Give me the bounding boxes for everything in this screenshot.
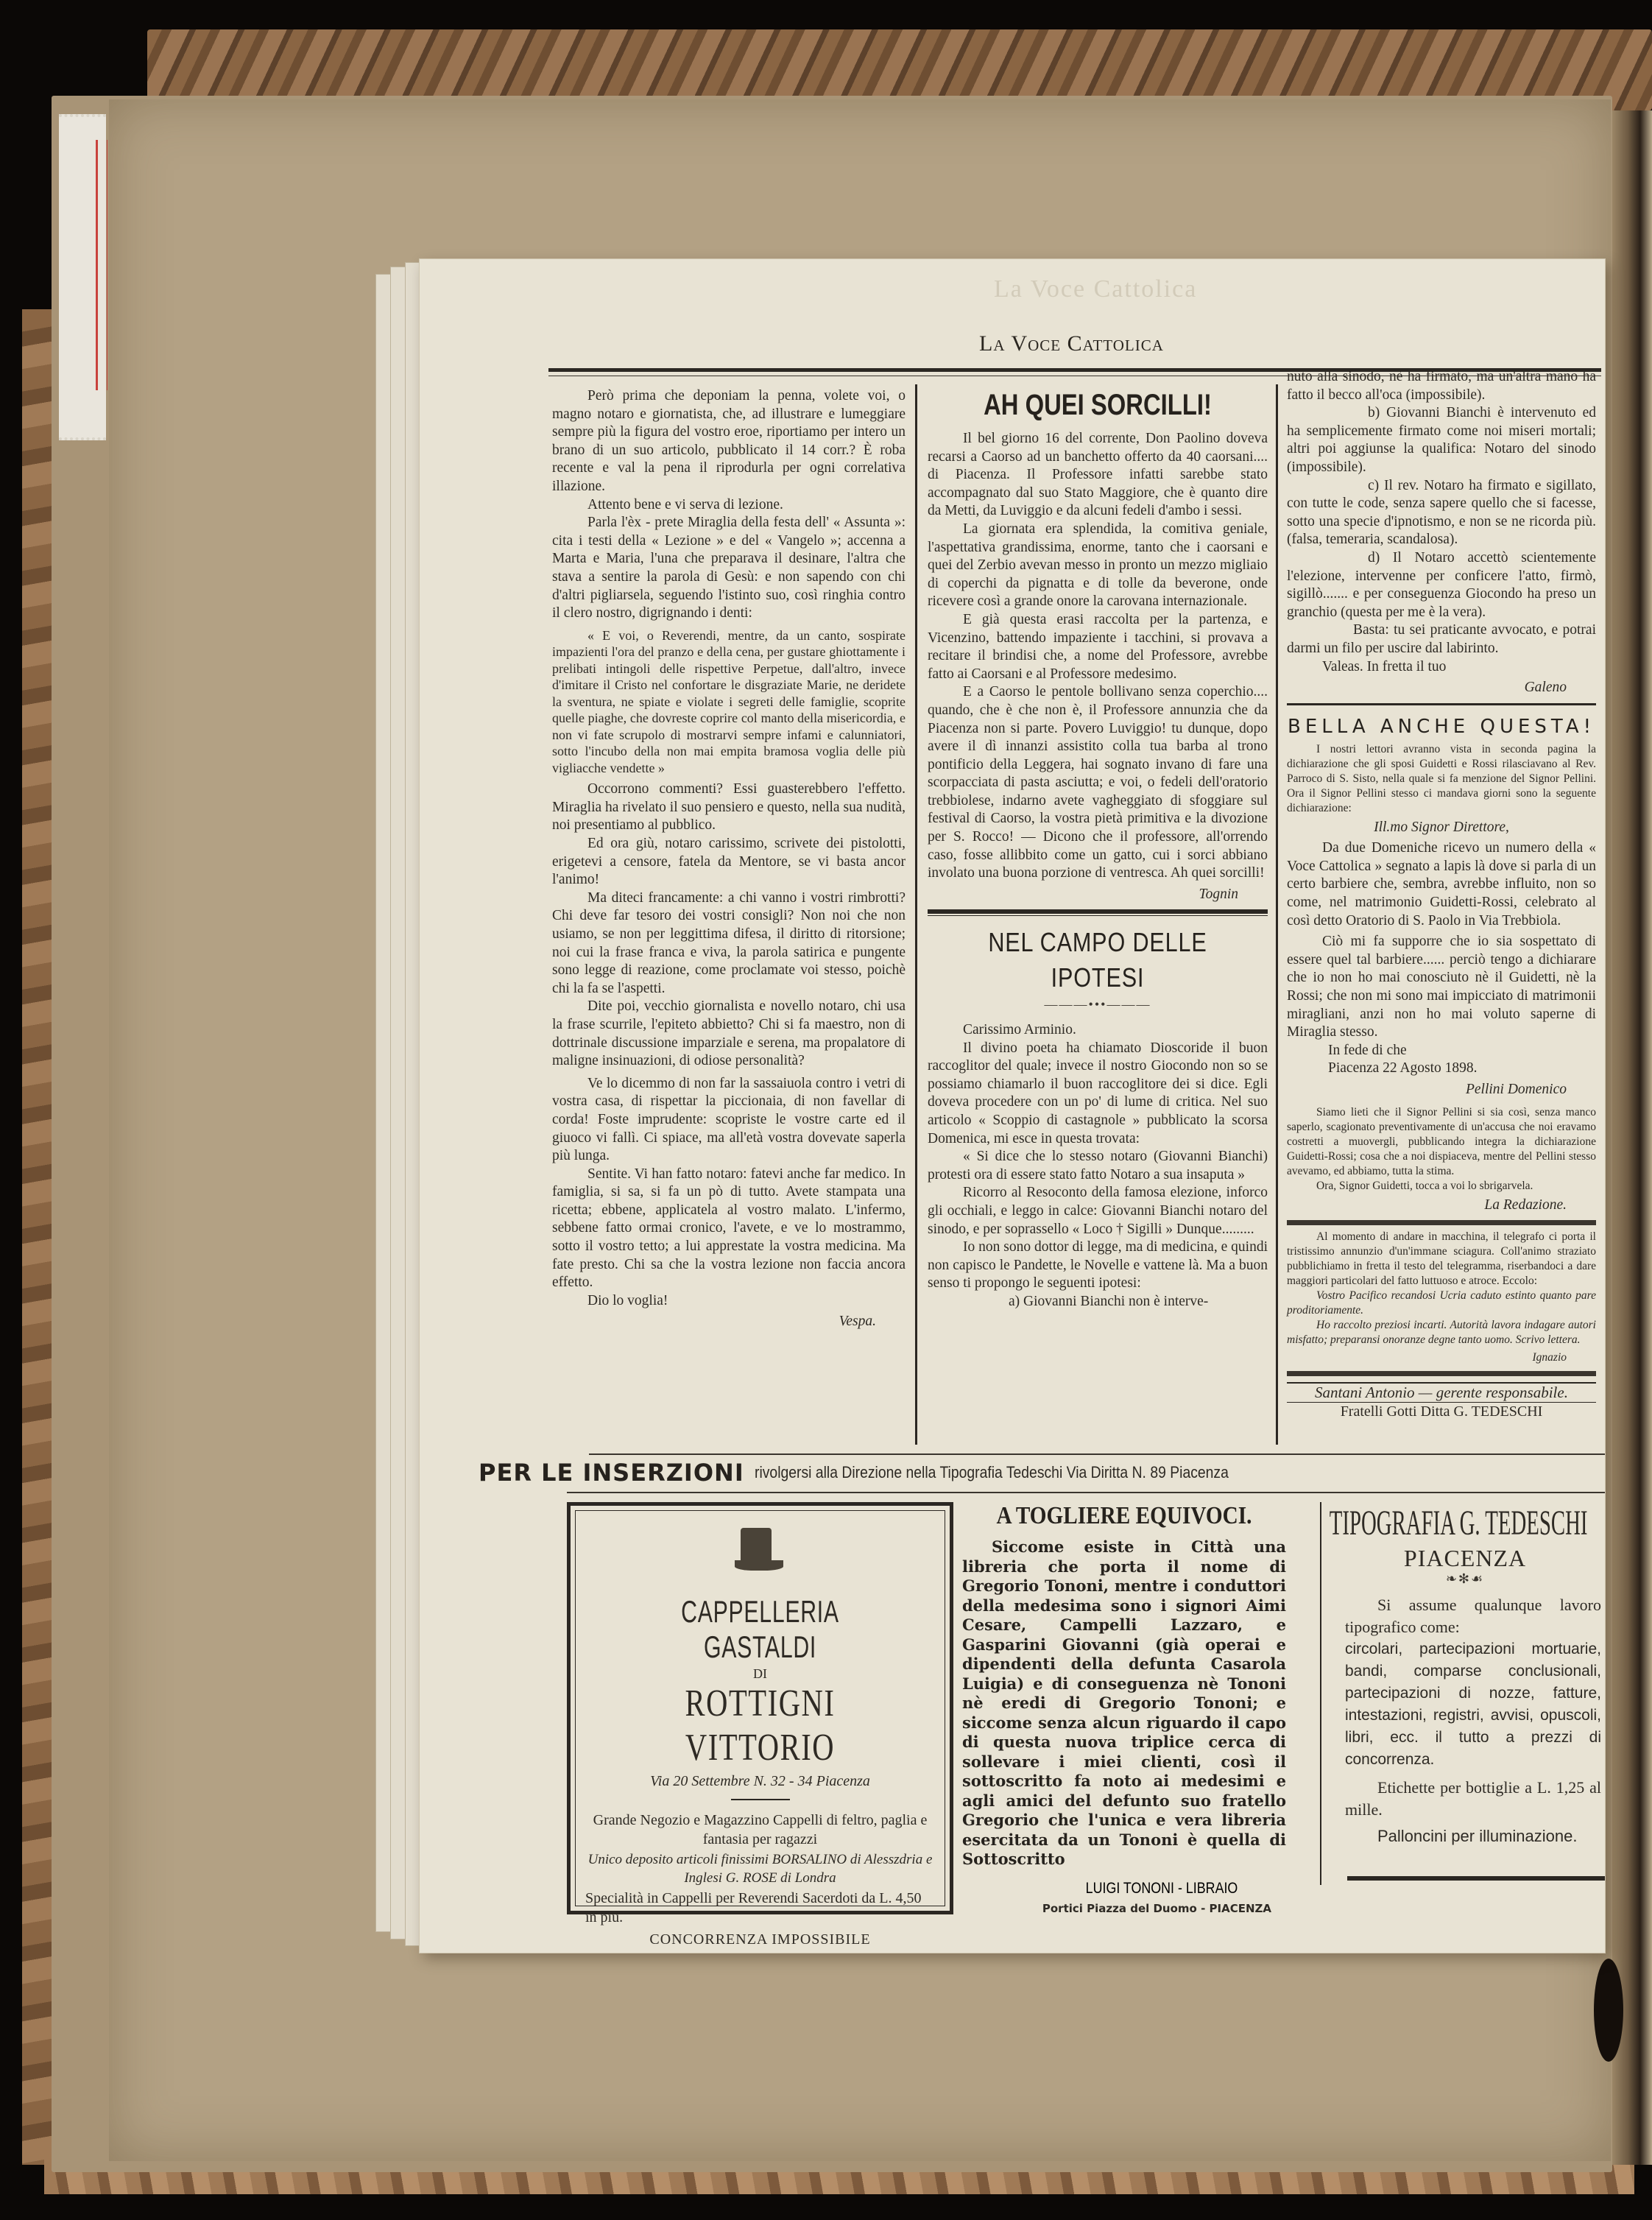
- signature-vespa: Vespa.: [552, 1313, 906, 1331]
- signature-pellini: Pellini Domenico: [1287, 1081, 1596, 1099]
- ad-tononi: A TOGLIERE EQUIVOCI. Siccome esiste in C…: [962, 1499, 1286, 1915]
- paragraph: Occorrono commenti? Essi guasterebbero l…: [552, 780, 906, 835]
- ad-balloons: Palloncini per illuminazione.: [1345, 1825, 1601, 1847]
- paragraph: nuto alla sinodo, nè ha firmato, ma un'a…: [1287, 368, 1596, 404]
- letter-date: Piacenza 22 Agosto 1898.: [1287, 1060, 1596, 1078]
- bleed-through-title: La Voce Cattolica: [994, 275, 1197, 303]
- paragraph: Da due Domeniche ricevo un numero della …: [1287, 839, 1596, 930]
- tape-red-border: [96, 140, 107, 390]
- paragraph: c) Il rev. Notaro ha firmato e sigillato…: [1287, 477, 1596, 549]
- ornament-icon: ❧✻☙: [1321, 1571, 1609, 1587]
- newspaper-page: La Voce Cattolica La Voce Cattolica Però…: [420, 259, 1605, 1953]
- section-rule: [928, 909, 1268, 914]
- section-rule: [1287, 703, 1596, 705]
- paragraph: Ma diteci francamente: a chi vanno i vos…: [552, 889, 906, 998]
- paragraph: Ricorro al Resoconto della famosa elezio…: [928, 1184, 1268, 1238]
- section-rule: [1287, 1220, 1596, 1225]
- paragraph: « Si dice che lo stesso notaro (Giovanni…: [928, 1148, 1268, 1184]
- editorial-note: Ora, Signor Guidetti, tocca a voi lo sbr…: [1287, 1179, 1596, 1194]
- masthead-title: La Voce Cattolica: [979, 331, 1164, 356]
- ad-intro: Si assume qualunque lavoro tipografico c…: [1345, 1594, 1601, 1638]
- paragraph: Ed ora giù, notaro carissimo, scrivete d…: [552, 835, 906, 889]
- ad-city: PIACENZA: [1321, 1545, 1609, 1571]
- paragraph: Dite poi, vecchio giornalista e novello …: [552, 998, 906, 1070]
- shop-name: CAPPELLERIA GASTALDI: [624, 1594, 897, 1665]
- paragraph: Attento bene e vi serva di lezione.: [552, 496, 906, 515]
- signature-ignazio: Ignazio: [1287, 1350, 1596, 1365]
- column-2: AH QUEI SORCILLI! Il bel giorno 16 del c…: [928, 384, 1268, 1311]
- paragraph: Però prima che deponiam la penna, volete…: [552, 387, 906, 496]
- ad-headline: TIPOGRAFIA G. TEDESCHI: [1321, 1502, 1494, 1545]
- imprint-printer: Fratelli Gotti Ditta G. TEDESCHI: [1287, 1403, 1596, 1421]
- telegram-intro: Al momento di andare in macchina, il tel…: [1287, 1230, 1596, 1289]
- shop-address: Via 20 Settembre N. 32 - 34 Piacenza: [571, 1773, 950, 1790]
- ad-signature: LUIGI TONONI - LIBRAIO: [986, 1880, 1262, 1897]
- column-divider: [1276, 384, 1278, 1445]
- paragraph: Sentite. Vi han fatto notaro: fatevi anc…: [552, 1166, 906, 1292]
- ad-bottom-rule: [1347, 1876, 1605, 1881]
- shop-slogan: CONCORRENZA IMPOSSIBILE: [571, 1931, 950, 1948]
- section-rule-thin: [928, 915, 1268, 916]
- paragraph: Il bel giorno 16 del corrente, Don Paoli…: [928, 430, 1268, 521]
- imprint-manager: Santani Antonio — gerente responsabile.: [1287, 1384, 1596, 1402]
- ad-labels-price: Etichette per bottiglie a L. 1,25 al mil…: [1345, 1777, 1601, 1821]
- ad-services: circolari, partecipazioni mortuarie, ban…: [1345, 1638, 1601, 1771]
- ornament-divider: ———•••———: [928, 996, 1268, 1014]
- shop-specialty: Specialità in Cappelli per Reverendi Sac…: [571, 1889, 950, 1927]
- banner-rule-top: [589, 1453, 1605, 1455]
- ad-cappelleria-gastaldi: CAPPELLERIA GASTALDI DI ROTTIGNI VITTORI…: [567, 1502, 953, 1914]
- letter-salutation: Ill.mo Signor Direttore,: [1287, 819, 1596, 837]
- paragraph: b) Giovanni Bianchi è intervenuto ed ha …: [1287, 404, 1596, 476]
- column-divider: [915, 384, 917, 1445]
- paragraph: Parla l'èx - prete Miraglia della festa …: [552, 514, 906, 623]
- paragraph: Basta: tu sei praticante avvocato, e pot…: [1287, 621, 1596, 658]
- headline-nel-campo-delle-ipotesi: NEL CAMPO DELLE IPOTESI: [953, 925, 1243, 996]
- owner-name: ROTTIGNI VITTORIO: [613, 1682, 908, 1770]
- ad-tipografia-tedeschi: TIPOGRAFIA G. TEDESCHI PIACENZA ❧✻☙ Si a…: [1320, 1502, 1609, 1885]
- ad-body: Siccome esiste in Città una libreria che…: [962, 1537, 1286, 1870]
- paragraph: Ciò mi fa supporre che io sia sospettato…: [1287, 933, 1596, 1042]
- ad-address: Portici Piazza del Duomo - PIACENZA: [962, 1902, 1286, 1915]
- telegram-text: Vostro Pacifico recandosi Ucria caduto e…: [1287, 1289, 1596, 1318]
- torn-corner: [1594, 1959, 1623, 2062]
- paragraph: I nostri lettori avranno vista in second…: [1287, 742, 1596, 816]
- paragraph: a) Giovanni Bianchi non è interve-: [928, 1293, 1268, 1311]
- divider: [731, 1799, 790, 1800]
- section-rule: [1287, 1371, 1596, 1376]
- binding-spine: [1612, 110, 1652, 2165]
- paragraph: Dio lo voglia!: [552, 1292, 906, 1311]
- column-1: Però prima che deponiam la penna, volete…: [552, 387, 906, 1337]
- paragraph: La giornata era splendida, la comitiva g…: [928, 521, 1268, 611]
- signature-tognin: Tognin: [928, 886, 1268, 904]
- banner-rule-bottom: [567, 1492, 1605, 1493]
- headline-bella-anche-questa: BELLA ANCHE QUESTA!: [1287, 714, 1596, 739]
- top-hat-icon: [735, 1528, 786, 1572]
- paragraph: E già questa erasi raccolta per la parte…: [928, 611, 1268, 683]
- signature-redazione: La Redazione.: [1287, 1197, 1596, 1215]
- inserzioni-banner: PER LE INSERZIONI rivolgersi alla Direzi…: [434, 1456, 1583, 1490]
- salutation: Carissimo Arminio.: [928, 1021, 1268, 1040]
- shop-brands: Unico deposito articoli finissimi BORSAL…: [571, 1849, 950, 1889]
- paragraph: Valeas. In fretta il tuo: [1287, 658, 1596, 677]
- quoted-passage: « E voi, o Reverendi, mentre, da un cant…: [552, 627, 906, 777]
- paragraph: Il divino poeta ha chiamato Dioscoride i…: [928, 1040, 1268, 1149]
- ad-headline: A TOGLIERE EQUIVOCI.: [985, 1499, 1263, 1533]
- shop-description: Grande Negozio e Magazzino Cappelli di f…: [571, 1811, 950, 1849]
- paragraph: E a Caorso le pentole bollivano senza co…: [928, 683, 1268, 883]
- shop-name-di: DI: [571, 1666, 950, 1682]
- inserzioni-label: PER LE INSERZIONI: [479, 1459, 744, 1487]
- headline-ah-quei-sorcilli: AH QUEI SORCILLI!: [959, 384, 1238, 426]
- paragraph: Ve lo dicemmo di non far la sassaiuola c…: [552, 1075, 906, 1166]
- inserzioni-contact: rivolgersi alla Direzione nella Tipograf…: [755, 1463, 1229, 1482]
- telegram-text: Ho raccolto preziosi incarti. Autorità l…: [1287, 1318, 1596, 1347]
- letter-closing: In fede di che: [1287, 1042, 1596, 1060]
- signature-galeno: Galeno: [1287, 679, 1596, 697]
- editorial-note: Siamo lieti che il Signor Pellini si sia…: [1287, 1105, 1596, 1179]
- column-3: nuto alla sinodo, nè ha firmato, ma un'a…: [1287, 368, 1596, 1420]
- paragraph: Io non sono dottor di legge, ma di medic…: [928, 1238, 1268, 1293]
- paragraph: d) Il Notaro accettò scientemente l'elez…: [1287, 549, 1596, 621]
